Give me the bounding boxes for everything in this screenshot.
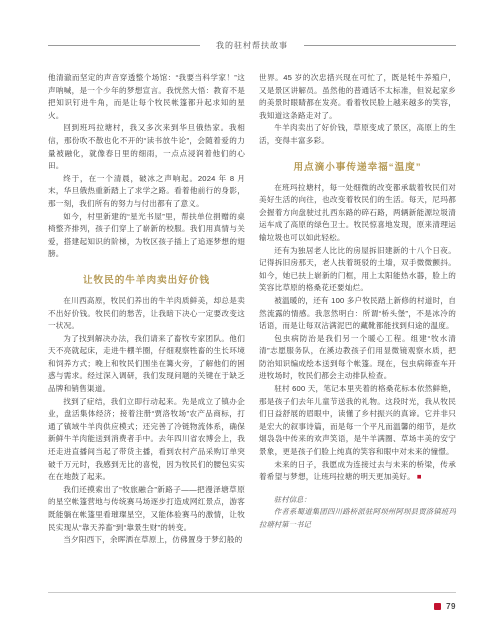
article-body: 他清澈而坚定的声音穿透整个场馆：“我要当科学家！”这声呐喊，是一个少年的梦想宣言… xyxy=(48,72,456,584)
page-number: 79 xyxy=(446,602,456,611)
paragraph: 在班玛拉塘村，每一处细微的改变都承载着牧民们对美好生活的向往，也改变着牧民们的生… xyxy=(259,182,456,245)
right-column: 世界。45 岁的次忠措兴现在可忙了，既是牦牛养殖户，又是景区讲解员。虽然他的普通… xyxy=(259,72,456,584)
magazine-logo-icon xyxy=(434,603,441,610)
closing-paragraph-text: 未来的日子，我愿成为连接过去与未来的桥梁，传承着希望与梦想，让班玛拉塘的明天更加… xyxy=(259,460,456,482)
paragraph: 当夕阳西下，余晖洒在草原上，仿佛置身于梦幻般的 xyxy=(48,534,245,547)
paragraph: 终于，在一个清晨，破冰之声响起。2024 年 8 月末，华旦俄热重新踏上了求学之… xyxy=(48,173,245,211)
footer-rule xyxy=(48,592,456,593)
page-header: 我的驻村帮扶故事 xyxy=(48,40,456,51)
header-rule-right xyxy=(304,45,456,46)
paragraph: 未来的日子，我愿成为连接过去与未来的桥梁，传承着希望与梦想，让班玛拉塘的明天更加… xyxy=(259,459,456,484)
section-heading-livestock: 让牧民的牛羊肉卖出好价钱 xyxy=(48,272,245,286)
paragraph: 找到了症结，我们立即行动起来。先是成立了镇办企业，盘活集体经济；接着注册“贾洛牧… xyxy=(48,396,245,484)
paragraph: 驻村 600 天，笔记本里夹着的格桑花标本依然鲜艳，那是孩子们去年儿童节送我的礼… xyxy=(259,383,456,459)
paragraph: 我们还摸索出了“牧旅融合”新路子——把漫泽塘草原的星空帐篷营地与传统赛马场逐步打… xyxy=(48,484,245,534)
author-note: 驻村信息： 作者系蜀道集团四川路桥派驻阿坝州阿坝县贾洛镇班玛拉塘村第一书记 xyxy=(259,494,456,532)
paragraph: 还有为独居老人比比的房屋拆旧建新的十八个日夜。记得拆旧房那天，老人扶着斑驳的土墙… xyxy=(259,245,456,295)
paragraph: 回到班玛拉塘村，我又多次来到华旦俄热家。我相信，那份吹不散也化不开的“读书放牛论… xyxy=(48,122,245,172)
paragraph: 牛羊肉卖出了好价钱，草原变成了景区，高原上的生活，变得丰富多彩。 xyxy=(259,122,456,147)
section-heading-warmth: 用点滴小事传递幸福“温度” xyxy=(259,159,456,173)
paragraph: 如今，村里新建的“星光书屋”里，帮扶单位捐赠的桌椅整齐排列，孩子们穿上了崭新的校… xyxy=(48,211,245,261)
magazine-page: 我的驻村帮扶故事 他清澈而坚定的声音穿透整个场馆：“我要当科学家！”这声呐喊，是… xyxy=(0,0,500,640)
header-rule-left xyxy=(48,45,200,46)
paragraph: 被温暖的，还有 100 多户牧民踏上新修的村道时，自然流露的情感。我忽然明白：所… xyxy=(259,295,456,333)
page-footer: 79 xyxy=(434,602,456,611)
paragraph: 为了找到解决办法，我们请来了畜牧专家团队。他们天不亮就起床，走进牛棚羊圈，仔细观… xyxy=(48,333,245,396)
column-title: 我的驻村帮扶故事 xyxy=(210,40,294,51)
paragraph: 包虫病防治是我们另一个暖心工程。组建“牧水清清”志愿服务队，在溪边教孩子们用显微… xyxy=(259,333,456,383)
paragraph: 他清澈而坚定的声音穿透整个场馆：“我要当科学家！”这声呐喊，是一个少年的梦想宣言… xyxy=(48,72,245,122)
article-end-mark-icon: ■ xyxy=(417,472,422,481)
note-label: 驻村信息： xyxy=(259,494,456,507)
note-author: 作者系蜀道集团四川路桥派驻阿坝州阿坝县贾洛镇班玛拉塘村第一书记 xyxy=(259,506,456,531)
paragraph: 在川西高原，牧民们养出的牛羊肉质鲜美，却总是卖不出好价钱。牧民们的愁苦，让我暗下… xyxy=(48,295,245,333)
paragraph: 世界。45 岁的次忠措兴现在可忙了，既是牦牛养殖户，又是景区讲解员。虽然他的普通… xyxy=(259,72,456,122)
left-column: 他清澈而坚定的声音穿透整个场馆：“我要当科学家！”这声呐喊，是一个少年的梦想宣言… xyxy=(48,72,245,584)
